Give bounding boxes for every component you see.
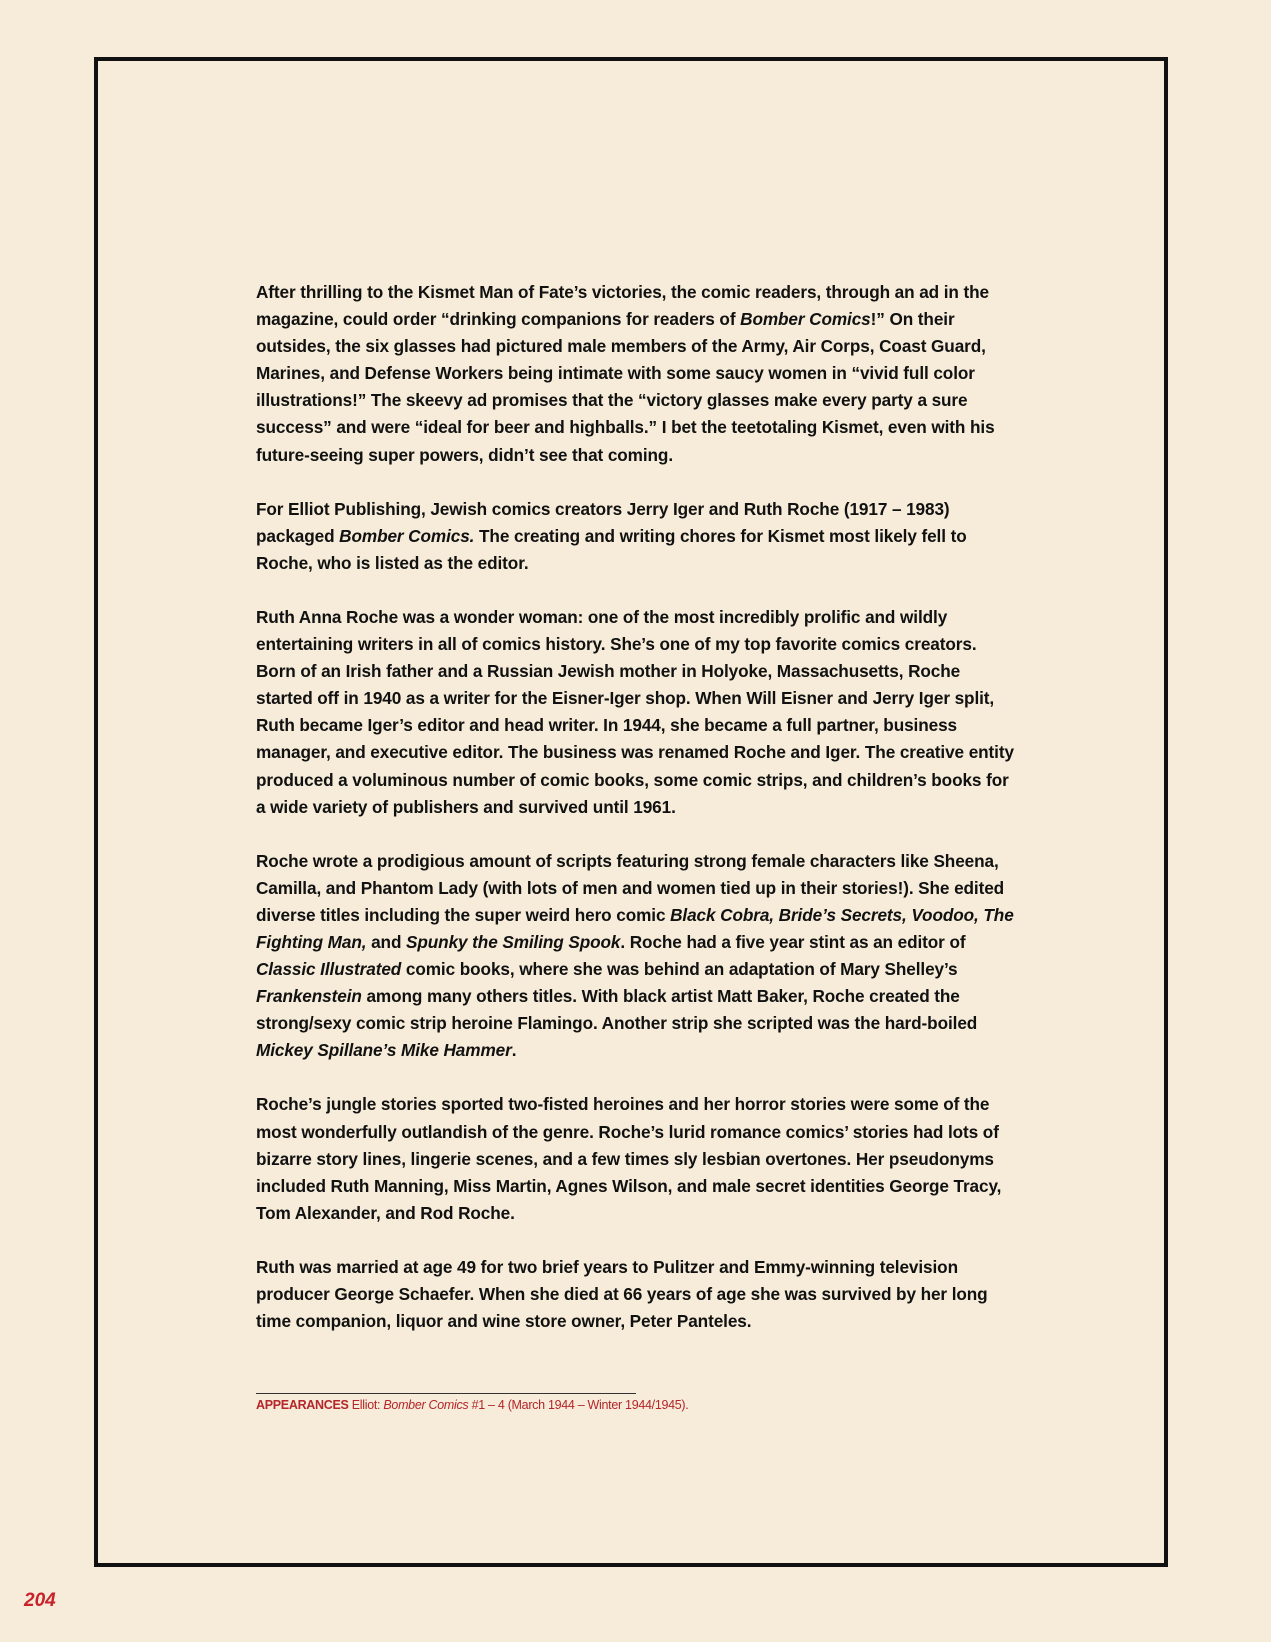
article-body: After thrilling to the Kismet Man of Fat…	[256, 279, 1016, 1362]
text-run: and	[366, 932, 406, 952]
paragraph: Roche’s jungle stories sported two-fiste…	[256, 1091, 1016, 1226]
italic-title: Spunky the Smiling Spook	[406, 932, 620, 952]
italic-title: Bomber Comics.	[339, 526, 474, 546]
text-run: Ruth Anna Roche was a wonder woman: one …	[256, 607, 1014, 817]
appearances-note: APPEARANCES Elliot: Bomber Comics #1 – 4…	[256, 1398, 688, 1412]
paragraph: For Elliot Publishing, Jewish comics cre…	[256, 496, 1016, 577]
italic-title: Frankenstein	[256, 986, 362, 1006]
text-run: Roche’s jungle stories sported two-fiste…	[256, 1094, 1001, 1222]
appearances-details: #1 – 4 (March 1944 – Winter 1944/1945).	[468, 1398, 688, 1412]
appearances-publisher: Elliot:	[349, 1398, 384, 1412]
italic-title: Bomber Comics	[740, 309, 871, 329]
text-run: comic books, where she was behind an ada…	[401, 959, 957, 979]
italic-title: Classic Illustrated	[256, 959, 401, 979]
page-number: 204	[24, 1590, 56, 1612]
text-run: !” On their outsides, the six glasses ha…	[256, 309, 995, 464]
footnote-divider	[256, 1393, 636, 1394]
appearances-label: APPEARANCES	[256, 1398, 349, 1412]
paragraph: Ruth Anna Roche was a wonder woman: one …	[256, 604, 1016, 821]
paragraph: Ruth was married at age 49 for two brief…	[256, 1254, 1016, 1335]
text-run: among many others titles. With black art…	[256, 986, 977, 1033]
appearances-title: Bomber Comics	[383, 1398, 468, 1412]
text-run: . Roche had a five year stint as an edit…	[620, 932, 965, 952]
text-run: .	[512, 1040, 517, 1060]
paragraph: Roche wrote a prodigious amount of scrip…	[256, 848, 1016, 1065]
paragraph: After thrilling to the Kismet Man of Fat…	[256, 279, 1016, 469]
italic-title: Mickey Spillane’s Mike Hammer	[256, 1040, 512, 1060]
text-run: Ruth was married at age 49 for two brief…	[256, 1257, 988, 1331]
